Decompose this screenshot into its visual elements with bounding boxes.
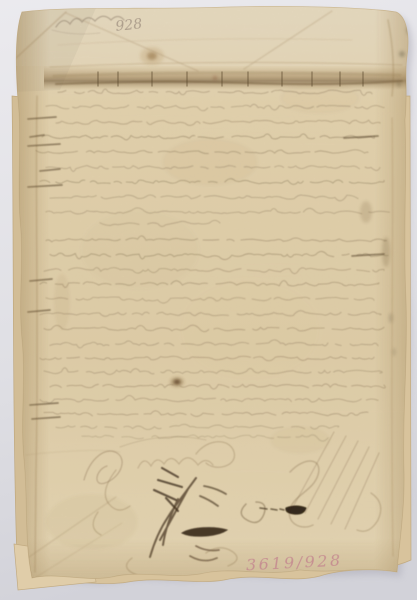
folio-number-inscription: 928 — [115, 16, 143, 35]
paper-fiber-texture — [16, 6, 408, 578]
manuscript-svg: 928 3619/928 — [0, 0, 417, 600]
manuscript-scan: 928 3619/928 — [0, 0, 417, 600]
